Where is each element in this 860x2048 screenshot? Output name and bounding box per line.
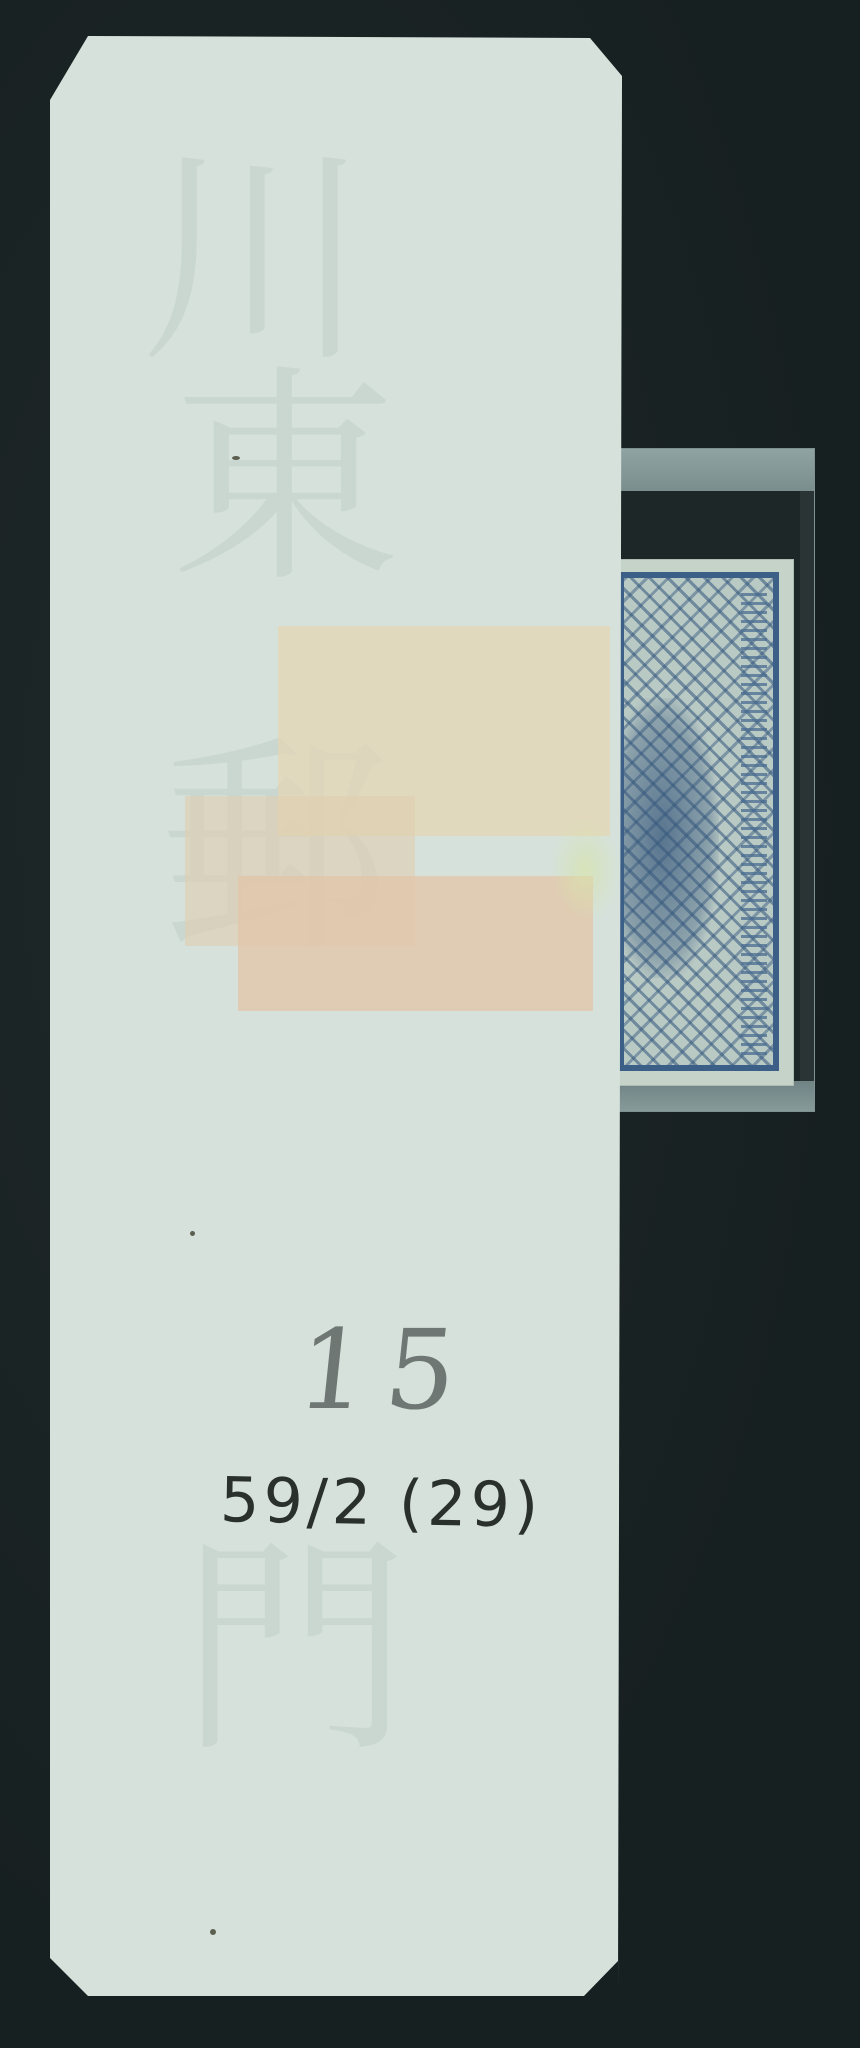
paper-spot	[232, 456, 240, 460]
show-through-character: 川	[140, 146, 370, 376]
stamp-design	[618, 572, 779, 1071]
pencil-annotation: 15	[291, 1306, 480, 1434]
paper-spot	[210, 1929, 216, 1935]
stamp	[618, 560, 793, 1085]
stamp-central-figure	[624, 698, 719, 978]
paper-spot	[190, 1231, 195, 1236]
mount-bottom-band	[616, 1081, 814, 1111]
stamp-border-pattern	[741, 588, 767, 1055]
hinge-remnant	[238, 876, 593, 1011]
paper-slip: 川 東 郵 門 15 59/2 (29)	[50, 36, 622, 1996]
mount-top-band	[616, 449, 814, 491]
photo: 川 東 郵 門 15 59/2 (29)	[0, 0, 860, 2048]
show-through-character: 門	[180, 1536, 410, 1766]
ink-annotation: 59/2 (29)	[219, 1463, 542, 1542]
hinge-stain	[550, 816, 620, 926]
show-through-character: 東	[170, 366, 400, 596]
